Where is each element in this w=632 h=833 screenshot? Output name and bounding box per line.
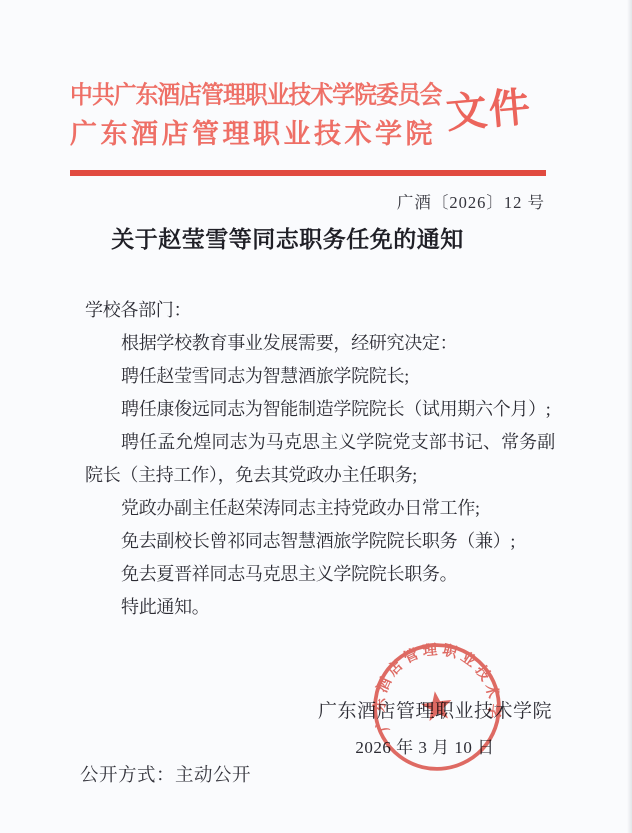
body-paragraph: 根据学校教育事业发展需要，经研究决定：: [85, 327, 555, 360]
seal-text: 广东酒店管理职业技术学院: [352, 622, 506, 743]
seal-ring-text: 广东酒店管理职业技术学院: [352, 622, 506, 743]
signature-org: 广东酒店管理职业技术学院: [318, 696, 552, 723]
issuer-committee-name: 中共广东酒店管理职业技术学院委员会: [70, 84, 442, 109]
document-title: 关于赵莹雪等同志职务任免的通知: [25, 221, 550, 254]
body-paragraph: 聘任孟允煌同志为马克思主义学院党支部书记、常务副院长（主持工作），免去其党政办主…: [85, 426, 555, 492]
document-mark: 文件: [444, 86, 533, 134]
issuer-college-name: 广东酒店管理职业技术学院: [70, 121, 436, 148]
body-paragraph: 聘任赵莹雪同志为智慧酒旅学院院长;: [85, 360, 555, 393]
document-body: 学校各部门： 根据学校教育事业发展需要，经研究决定： 聘任赵莹雪同志为智慧酒旅学…: [85, 294, 555, 624]
red-separator-rule: [70, 170, 546, 176]
signature-date: 2026 年 3 月 10 日: [330, 733, 520, 758]
body-paragraph: 党政办副主任赵荣涛同志主持党政办日常工作;: [85, 492, 555, 525]
document-page: 中共广东酒店管理职业技术学院委员会 广东酒店管理职业技术学院 文件 广酒〔202…: [0, 0, 632, 833]
salutation: 学校各部门：: [85, 294, 555, 327]
body-paragraph: 聘任康俊远同志为智能制造学院院长（试用期六个月）;: [85, 393, 555, 426]
document-number: 广酒〔2026〕12 号: [397, 189, 545, 213]
body-paragraph: 免去夏晋祥同志马克思主义学院院长职务。: [85, 558, 555, 591]
body-paragraph: 免去副校长曾祁同志智慧酒旅学院院长职务（兼）;: [85, 525, 555, 558]
disclosure-method: 公开方式：主动公开: [80, 761, 251, 787]
body-paragraph: 特此通知。: [85, 591, 555, 624]
